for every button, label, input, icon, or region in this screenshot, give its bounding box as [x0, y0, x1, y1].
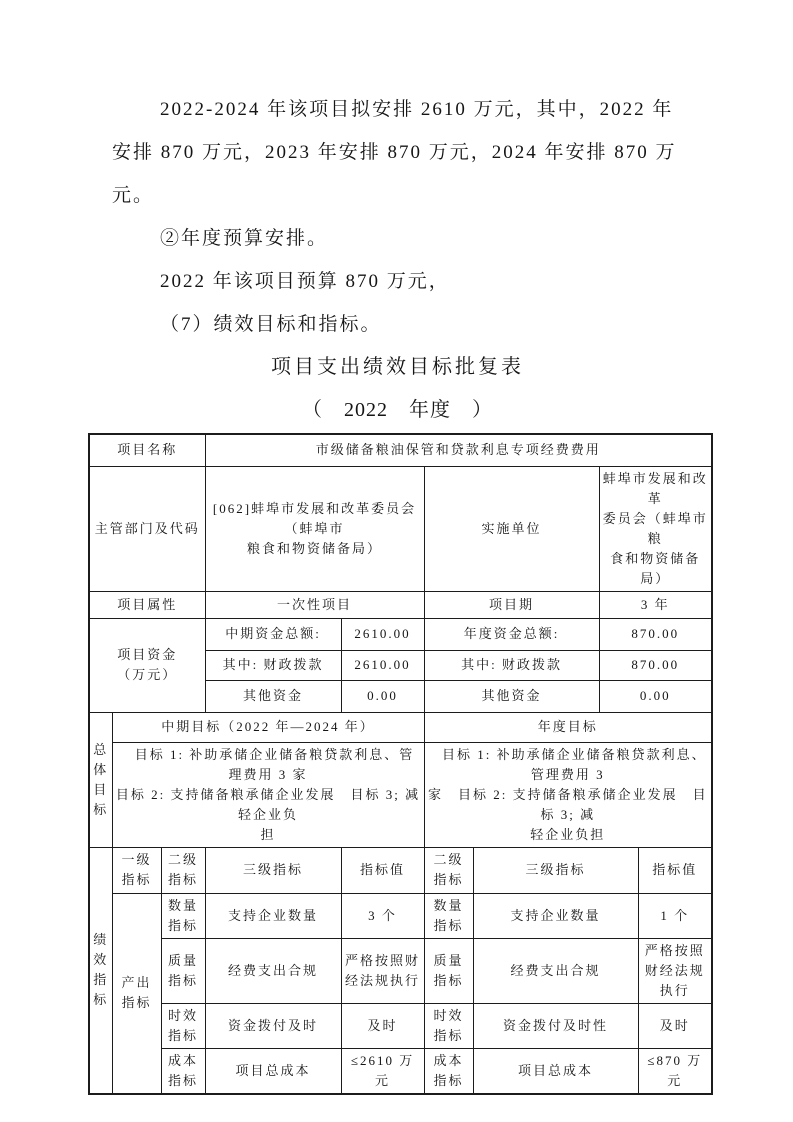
quality-level3-cell-mid: 经费支出合规	[205, 938, 341, 1003]
cost-level2-cell-annual: 成本 指标	[424, 1048, 473, 1094]
level2-header-cell-mid: 二级 指标	[161, 847, 205, 893]
value-header-cell-annual: 指标值	[638, 847, 712, 893]
level2-header-cell-annual: 二级 指标	[424, 847, 473, 893]
cost-level3-cell-mid: 项目总成本	[205, 1048, 341, 1094]
timeliness-level3-cell-annual: 资金拨付及时性	[473, 1003, 638, 1048]
annual-goal-header-cell: 年度目标	[424, 712, 712, 742]
quantity-value-cell-mid: 3 个	[341, 893, 424, 938]
annual-other-value-cell: 0.00	[599, 680, 712, 712]
project-period-value-cell: 3 年	[599, 591, 712, 618]
overall-goal-label-cell: 总 体 目 标	[89, 712, 112, 847]
quantity-level3-cell-mid: 支持企业数量	[205, 893, 341, 938]
mid-fiscal-label-cell: 其中: 财政拨款	[205, 650, 341, 680]
annual-total-label-cell: 年度资金总额:	[424, 618, 599, 650]
department-label-cell: 主管部门及代码	[89, 466, 205, 591]
project-period-label-cell: 项目期	[424, 591, 599, 618]
project-name-value-cell: 市级储备粮油保管和贷款利息专项经费费用	[205, 434, 712, 466]
implementing-unit-label-cell: 实施单位	[424, 466, 599, 591]
timeliness-level2-cell-mid: 时效 指标	[161, 1003, 205, 1048]
quantity-level3-cell-annual: 支持企业数量	[473, 893, 638, 938]
paragraph-budget-plan: 2022-2024 年该项目拟安排 2610 万元，其中，2022 年 安排 8…	[112, 88, 683, 217]
project-attribute-value-cell: 一次性项目	[205, 591, 424, 618]
indicator-row-quantity: 产出 指标 数量 指标 支持企业数量 3 个 数量 指标 支持企业数量 1 个	[89, 893, 712, 938]
implementing-unit-value-cell: 蚌埠市发展和改革 委员会（蚌埠市粮 食和物资储备局）	[599, 466, 712, 591]
timeliness-value-cell-mid: 及时	[341, 1003, 424, 1048]
project-name-label-cell: 项目名称	[89, 434, 205, 466]
quantity-level2-cell-mid: 数量 指标	[161, 893, 205, 938]
output-indicator-cell: 产出 指标	[112, 893, 161, 1094]
indicator-row-cost: 成本 指标 项目总成本 ≤2610 万 元 成本 指标 项目总成本 ≤870 万…	[89, 1048, 712, 1094]
indicator-row-timeliness: 时效 指标 资金拨付及时 及时 时效 指标 资金拨付及时性 及时	[89, 1003, 712, 1048]
timeliness-level3-cell-mid: 资金拨付及时	[205, 1003, 341, 1048]
annual-goals-cell: 目标 1: 补助承储企业储备粮贷款利息、管理费用 3 家 目标 2: 支持储备粮…	[424, 742, 712, 847]
level1-header-cell: 一级 指标	[112, 847, 161, 893]
cost-value-cell-annual: ≤870 万 元	[638, 1048, 712, 1094]
row-department: 主管部门及代码 [062]蚌埠市发展和改革委员会（蚌埠市 粮食和物资储备局） 实…	[89, 466, 712, 591]
annual-other-label-cell: 其他资金	[424, 680, 599, 712]
quality-value-cell-annual: 严格按照 财经法规 执行	[638, 938, 712, 1003]
quality-level2-cell-mid: 质量 指标	[161, 938, 205, 1003]
body-text-block: 2022-2024 年该项目拟安排 2610 万元，其中，2022 年 安排 8…	[0, 0, 793, 431]
level3-header-cell-mid: 三级指标	[205, 847, 341, 893]
cost-value-cell-mid: ≤2610 万 元	[341, 1048, 424, 1094]
paragraph-performance-heading: （7）绩效目标和指标。	[112, 303, 683, 346]
timeliness-level2-cell-annual: 时效 指标	[424, 1003, 473, 1048]
mid-goal-header-cell: 中期目标（2022 年—2024 年）	[112, 712, 424, 742]
performance-label-cell: 绩 效 指 标	[89, 847, 112, 1094]
row-attribute: 项目属性 一次性项目 项目期 3 年	[89, 591, 712, 618]
quality-level2-cell-annual: 质量 指标	[424, 938, 473, 1003]
row-project-name: 项目名称 市级储备粮油保管和贷款利息专项经费费用	[89, 434, 712, 466]
row-goal-texts: 目标 1: 补助承储企业储备粮贷款利息、管理费用 3 家 目标 2: 支持储备粮…	[89, 742, 712, 847]
project-attribute-label-cell: 项目属性	[89, 591, 205, 618]
quality-level3-cell-annual: 经费支出合规	[473, 938, 638, 1003]
timeliness-value-cell-annual: 及时	[638, 1003, 712, 1048]
quantity-level2-cell-annual: 数量 指标	[424, 893, 473, 938]
row-goal-headers: 总 体 目 标 中期目标（2022 年—2024 年） 年度目标	[89, 712, 712, 742]
paragraph-annual-budget: 2022 年该项目预算 870 万元，	[112, 260, 683, 303]
row-funds-total: 项目资金 （万元） 中期资金总额: 2610.00 年度资金总额: 870.00	[89, 618, 712, 650]
row-indicator-headers: 绩 效 指 标 一级 指标 二级 指标 三级指标 指标值 二级 指标 三级指标 …	[89, 847, 712, 893]
value-header-cell-mid: 指标值	[341, 847, 424, 893]
mid-other-label-cell: 其他资金	[205, 680, 341, 712]
mid-goals-cell: 目标 1: 补助承储企业储备粮贷款利息、管理费用 3 家 目标 2: 支持储备粮…	[112, 742, 424, 847]
document-page: 2022-2024 年该项目拟安排 2610 万元，其中，2022 年 安排 8…	[0, 0, 793, 1122]
table-year-subtitle: （ 2022 年度 ）	[112, 389, 683, 431]
quality-value-cell-mid: 严格按照财 经法规执行	[341, 938, 424, 1003]
level3-header-cell-annual: 三级指标	[473, 847, 638, 893]
mid-fiscal-value-cell: 2610.00	[341, 650, 424, 680]
mid-total-value-cell: 2610.00	[341, 618, 424, 650]
mid-total-label-cell: 中期资金总额:	[205, 618, 341, 650]
performance-target-table: 项目名称 市级储备粮油保管和贷款利息专项经费费用 主管部门及代码 [062]蚌埠…	[88, 433, 713, 1095]
paragraph-annual-budget-heading: ②年度预算安排。	[112, 217, 683, 260]
table-title: 项目支出绩效目标批复表	[112, 346, 683, 389]
mid-other-value-cell: 0.00	[341, 680, 424, 712]
quantity-value-cell-annual: 1 个	[638, 893, 712, 938]
department-value-cell: [062]蚌埠市发展和改革委员会（蚌埠市 粮食和物资储备局）	[205, 466, 424, 591]
annual-fiscal-value-cell: 870.00	[599, 650, 712, 680]
cost-level2-cell-mid: 成本 指标	[161, 1048, 205, 1094]
project-funds-label-cell: 项目资金 （万元）	[89, 618, 205, 712]
annual-fiscal-label-cell: 其中: 财政拨款	[424, 650, 599, 680]
cost-level3-cell-annual: 项目总成本	[473, 1048, 638, 1094]
indicator-row-quality: 质量 指标 经费支出合规 严格按照财 经法规执行 质量 指标 经费支出合规 严格…	[89, 938, 712, 1003]
annual-total-value-cell: 870.00	[599, 618, 712, 650]
